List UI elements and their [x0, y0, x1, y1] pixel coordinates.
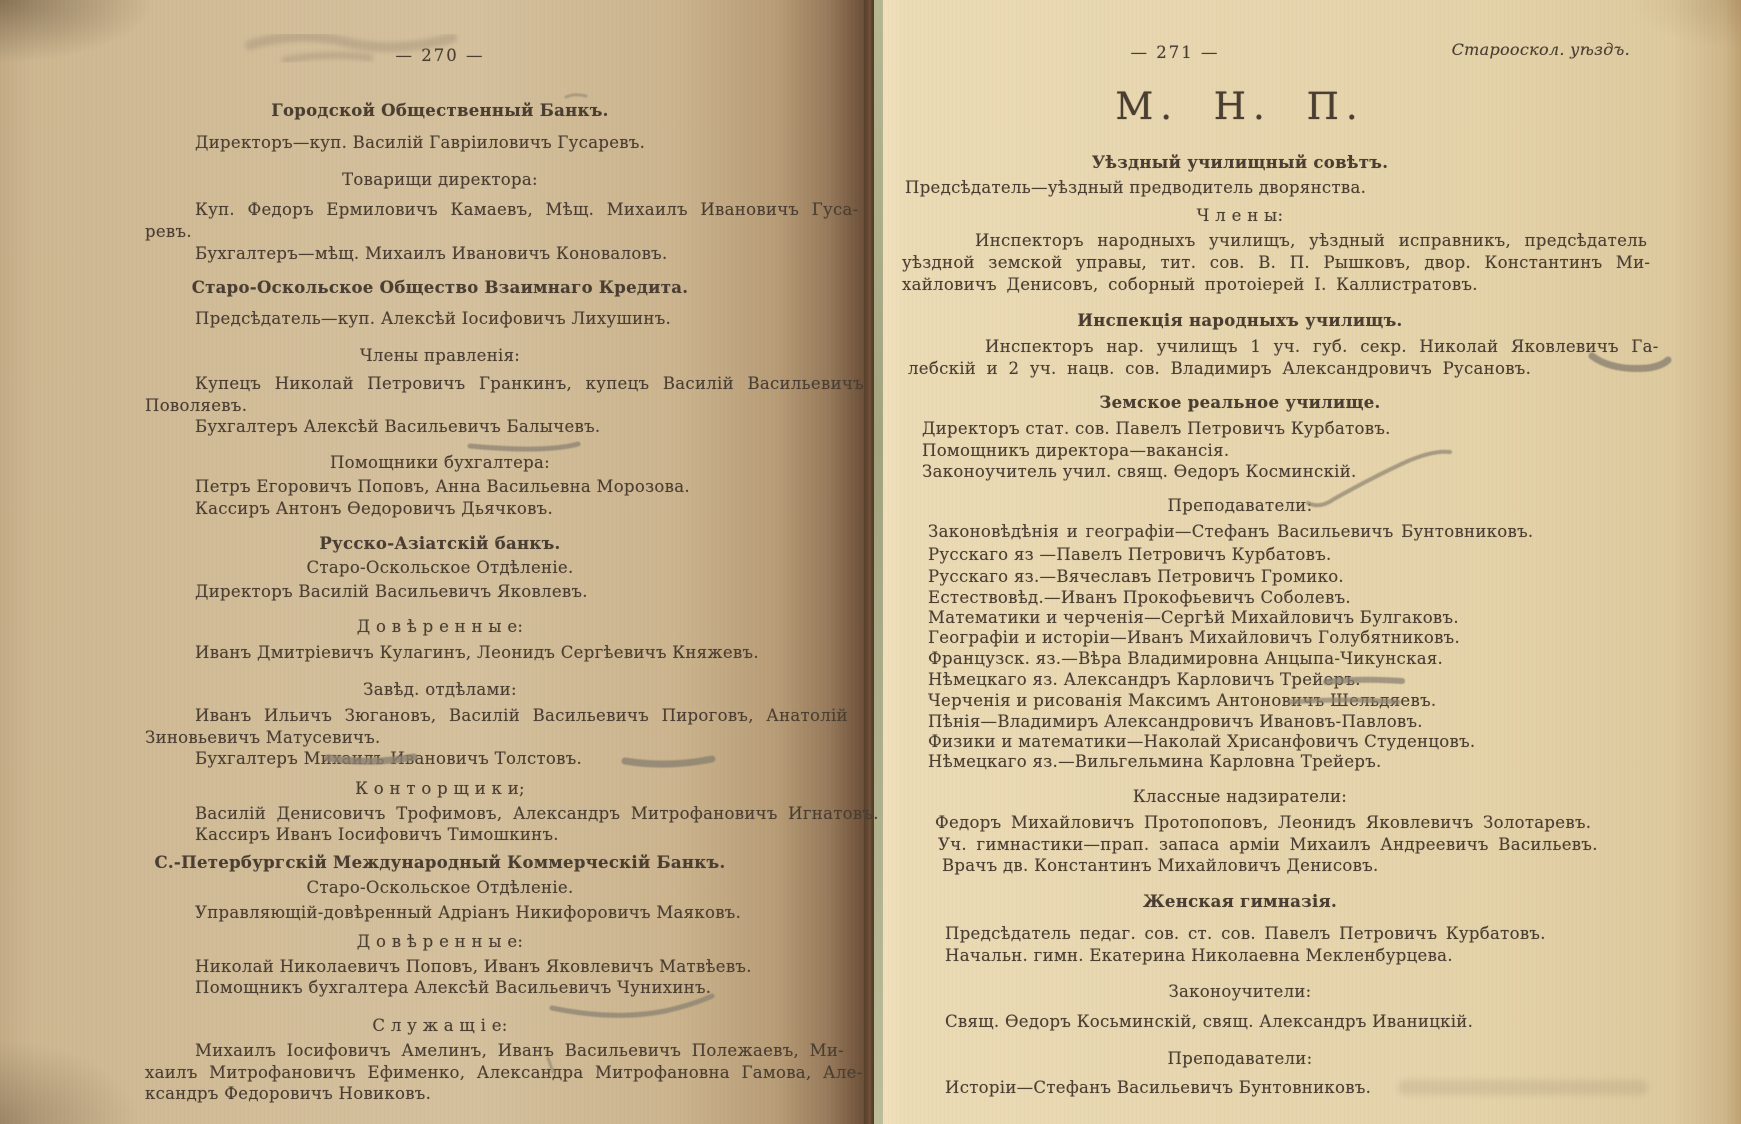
text-line: Инспекторъ нар. училищъ 1 уч. губ. секр.…	[985, 339, 1659, 356]
text-line: Василій Денисовичъ Трофимовъ, Александръ…	[195, 806, 879, 823]
running-header: Старооскол. уѣздъ.	[1390, 42, 1630, 58]
text-line: Законоучитель учил. свящ. Ѳедоръ Косминс…	[922, 464, 1357, 481]
text-line: Кассиръ Иванъ Іосифовичъ Тимошкинъ.	[195, 827, 559, 844]
text-line: Кассиръ Антонъ Ѳедоровичъ Дьячковъ.	[195, 501, 553, 518]
text-line: Предсѣдатель—куп. Алексѣй Іосифовичъ Лих…	[195, 311, 671, 328]
text-line: Управляющій-довѣренный Адріанъ Никифоров…	[195, 905, 741, 922]
text-line: Николай Николаевичъ Поповъ, Иванъ Яковле…	[195, 959, 752, 976]
gutter-green-strip	[874, 0, 883, 1124]
sub-heading: Завѣд. отдѣлами:	[150, 682, 730, 699]
text-line: Бухгалтеръ Алексѣй Васильевичъ Балычевъ.	[195, 419, 600, 436]
sub-heading: Д о в ѣ р е н н ы е:	[150, 934, 730, 951]
section-heading: Старо-Оскольское Общество Взаимнаго Кред…	[150, 280, 730, 297]
page-title: М. Н. П.	[920, 88, 1560, 125]
text-line: Русскаго яз —Павелъ Петровичъ Курбатовъ.	[928, 547, 1332, 564]
text-line: Врачъ дв. Константинъ Михайловичъ Денисо…	[942, 858, 1379, 875]
text-line: Купецъ Николай Петровичъ Гранкинъ, купец…	[195, 376, 864, 393]
text-line: уѣздной земской управы, тит. сов. В. П. …	[902, 255, 1650, 272]
text-line: Поволяевъ.	[145, 398, 247, 415]
text-line: Инспекторъ народныхъ училищъ, уѣздный ис…	[975, 233, 1647, 250]
sub-heading: Классные надзиратели:	[920, 789, 1560, 806]
sub-heading: Члены правленія:	[150, 348, 730, 365]
section-heading: Уѣздный училищный совѣтъ.	[920, 155, 1560, 172]
sub-heading: Старо-Оскольское Отдѣленіе.	[150, 560, 730, 577]
sub-heading: Преподаватели:	[920, 498, 1560, 515]
text-line: Помощникъ директора—вакансія.	[922, 443, 1229, 460]
section-heading: Русско-Азіатскій банкъ.	[150, 536, 730, 553]
text-line: Бухгалтеръ Михаилъ Ивановичъ Толстовъ.	[195, 751, 582, 768]
section-heading: Женская гимназія.	[920, 894, 1560, 911]
sub-heading: К о н т о р щ и к и;	[150, 781, 730, 798]
sub-heading: С л у ж а щ і е:	[150, 1018, 730, 1035]
text-line: ревъ.	[145, 224, 192, 241]
text-line: Законовѣдѣнія и географіи—Стефанъ Василь…	[928, 524, 1533, 541]
text-line: Естествовѣд.—Иванъ Прокофьевичъ Соболевъ…	[928, 590, 1351, 607]
text-line: Федоръ Михайловичъ Протопоповъ, Леонидъ …	[935, 815, 1591, 832]
text-line: Свящ. Ѳедоръ Косьминскій, свящ. Александ…	[945, 1014, 1473, 1031]
text-line: Французск. яз.—Вѣра Владимировна Анцыпа-…	[928, 651, 1443, 668]
section-heading: Земское реальное училище.	[920, 395, 1560, 412]
text-line: Предсѣдатель педаг. сов. ст. сов. Павелъ…	[945, 926, 1546, 943]
text-line: Нѣмецкаго яз.—Вильгельмина Карловна Трей…	[928, 754, 1382, 771]
section-heading: Городской Общественный Банкъ.	[150, 103, 730, 120]
text-line: Математики и черченія—Сергѣй Михайловичъ…	[928, 610, 1459, 627]
text-line: Зиновьевичъ Матусевичъ.	[145, 730, 381, 747]
sub-heading: Ч л е н ы:	[920, 208, 1560, 225]
book-scan: — 270 — Городской Общественный Банкъ. Ди…	[0, 0, 1741, 1124]
sub-heading: Товарищи директора:	[150, 172, 730, 189]
text-line: Черченія и рисованія Максимъ Антоновичъ …	[928, 693, 1436, 710]
text-line: Директоръ стат. сов. Павелъ Петровичъ Ку…	[922, 421, 1391, 438]
text-line: Нѣмецкаго яз. Александръ Карловичъ Трейе…	[928, 672, 1361, 689]
sub-heading: Помощники бухгалтера:	[150, 455, 730, 472]
page-number: — 270 —	[150, 48, 730, 65]
text-line: Иванъ Ильичъ Зюгановъ, Василій Васильеви…	[195, 708, 848, 725]
text-line: Бухгалтеръ—мѣщ. Михаилъ Ивановичъ Конова…	[195, 246, 668, 263]
text-line: Иванъ Дмитріевичъ Кулагинъ, Леонидъ Серг…	[195, 645, 759, 662]
page-number: — 271 —	[1080, 45, 1270, 62]
text-line: Пѣнія—Владимиръ Александровичъ Ивановъ-П…	[928, 714, 1423, 731]
text-line: Михаилъ Іосифовичъ Амелинъ, Иванъ Василь…	[195, 1043, 844, 1060]
text-line: Уч. гимнастики—прап. запаса арміи Михаил…	[938, 837, 1598, 854]
text-line: Русскаго яз.—Вячеславъ Петровичъ Громико…	[928, 569, 1344, 586]
text-line: Директоръ Василій Васильевичъ Яковлевъ.	[195, 584, 588, 601]
sub-heading: Преподаватели:	[920, 1051, 1560, 1068]
text-line: Начальн. гимн. Екатерина Николаевна Мекл…	[945, 948, 1453, 965]
text-line: Петръ Егоровичъ Поповъ, Анна Васильевна …	[195, 479, 690, 496]
section-heading: С.-Петербургскій Международный Коммерчес…	[150, 855, 730, 872]
sub-heading: Д о в ѣ р е н н ы е:	[150, 619, 730, 636]
text-line: хайловичъ Денисовъ, соборный протоіерей …	[902, 277, 1478, 294]
text-line: хаилъ Митрофановичъ Ефименко, Александра…	[145, 1065, 863, 1082]
sub-heading: Старо-Оскольское Отдѣленіе.	[150, 880, 730, 897]
text-line: лебскій и 2 уч. нацв. сов. Владимиръ Але…	[908, 361, 1531, 378]
section-heading: Инспекція народныхъ училищъ.	[920, 313, 1560, 330]
text-line: Предсѣдатель—уѣздный предводитель дворян…	[905, 180, 1366, 197]
text-line: ксандръ Федоровичъ Новиковъ.	[145, 1086, 431, 1103]
text-line: Куп. Федоръ Ермиловичъ Камаевъ, Мѣщ. Мих…	[195, 202, 859, 219]
text-line: Географіи и исторіи—Иванъ Михайловичъ Го…	[928, 630, 1460, 647]
book-gutter-fold	[864, 0, 874, 1124]
text-line: Физики и математики—Наколай Хрисанфовичъ…	[928, 734, 1475, 751]
sub-heading: Законоучители:	[920, 984, 1560, 1001]
ink-bleedthrough-smear	[1398, 1080, 1648, 1095]
text-line: Помощникъ бухгалтера Алексѣй Васильевичъ…	[195, 980, 711, 997]
text-line: Исторіи—Стефанъ Васильевичъ Бунтовниковъ…	[945, 1080, 1371, 1097]
text-line: Директоръ—куп. Василій Гавріиловичъ Гуса…	[195, 135, 645, 152]
